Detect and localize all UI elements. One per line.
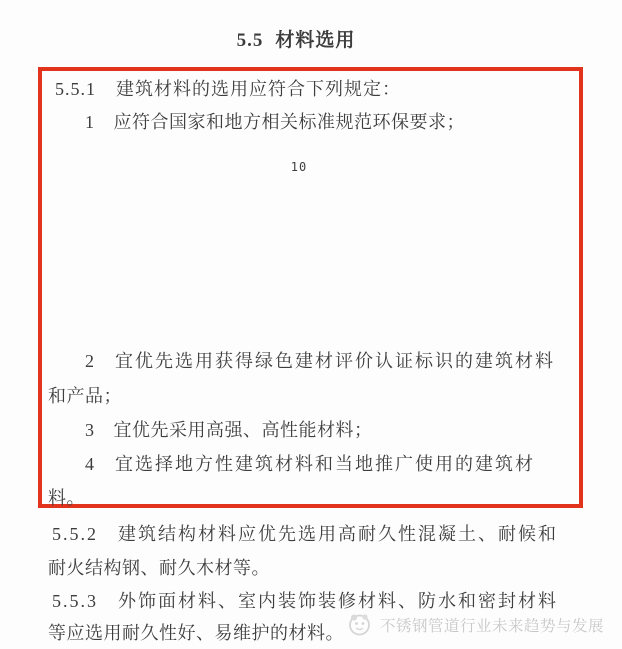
list-item-3: 3宜优先采用高强、高性能材料； bbox=[85, 418, 373, 442]
item-number: 3 bbox=[85, 420, 95, 440]
watermark-logo-icon bbox=[346, 611, 373, 638]
clause-number: 5.5.2 bbox=[52, 524, 98, 544]
watermark: 不锈钢管道行业未来趋势与发展 bbox=[346, 611, 604, 638]
section-title-text: 材料选用 bbox=[275, 30, 355, 51]
list-item-4-line1: 4宜选择地方性建筑材料和当地推广使用的建筑材 bbox=[85, 452, 535, 476]
clause-text: 建筑结构材料应优先选用高耐久性混凝土、耐候和 bbox=[118, 524, 558, 544]
list-item-4-line2: 料。 bbox=[48, 486, 85, 510]
clause-5-5-3-line2: 等应选用耐久性好、易维护的材料。 bbox=[48, 621, 344, 645]
item-number: 4 bbox=[85, 454, 96, 474]
item-number: 2 bbox=[85, 351, 96, 371]
list-item-2-line1: 2宜优先选用获得绿色建材评价认证标识的建筑材料 bbox=[85, 349, 555, 373]
clause-5-5-3-line1: 5.5.3外饰面材料、室内装饰装修材料、防水和密封材料 bbox=[52, 589, 558, 613]
clause-text: 建筑材料的选用应符合下列规定： bbox=[116, 79, 401, 99]
watermark-text: 不锈钢管道行业未来趋势与发展 bbox=[380, 614, 604, 636]
clause-5-5-1: 5.5.1建筑材料的选用应符合下列规定： bbox=[55, 77, 401, 101]
list-item-2-line2: 和产品； bbox=[48, 384, 122, 408]
item-text: 宜优先选用获得绿色建材评价认证标识的建筑材料 bbox=[115, 351, 555, 371]
section-title: 5.5材料选用 bbox=[0, 25, 592, 52]
item-text: 宜优先采用高强、高性能材料； bbox=[114, 420, 373, 440]
clause-5-5-2-line1: 5.5.2建筑结构材料应优先选用高耐久性混凝土、耐候和 bbox=[52, 522, 558, 546]
list-item-1: 1应符合国家和地方相关标准规范环保要求； bbox=[85, 110, 465, 134]
clause-text: 外饰面材料、室内装饰装修材料、防水和密封材料 bbox=[118, 591, 558, 611]
clause-number: 5.5.1 bbox=[55, 79, 96, 99]
section-title-number: 5.5 bbox=[237, 30, 264, 51]
clause-5-5-2-line2: 耐火结构钢、耐久木材等。 bbox=[48, 556, 270, 580]
item-text: 应符合国家和地方相关标准规范环保要求； bbox=[114, 112, 466, 132]
item-text: 宜选择地方性建筑材料和当地推广使用的建筑材 bbox=[115, 454, 535, 474]
page-number: 10 bbox=[284, 155, 314, 179]
clause-number: 5.5.3 bbox=[52, 591, 98, 611]
item-number: 1 bbox=[85, 112, 95, 132]
